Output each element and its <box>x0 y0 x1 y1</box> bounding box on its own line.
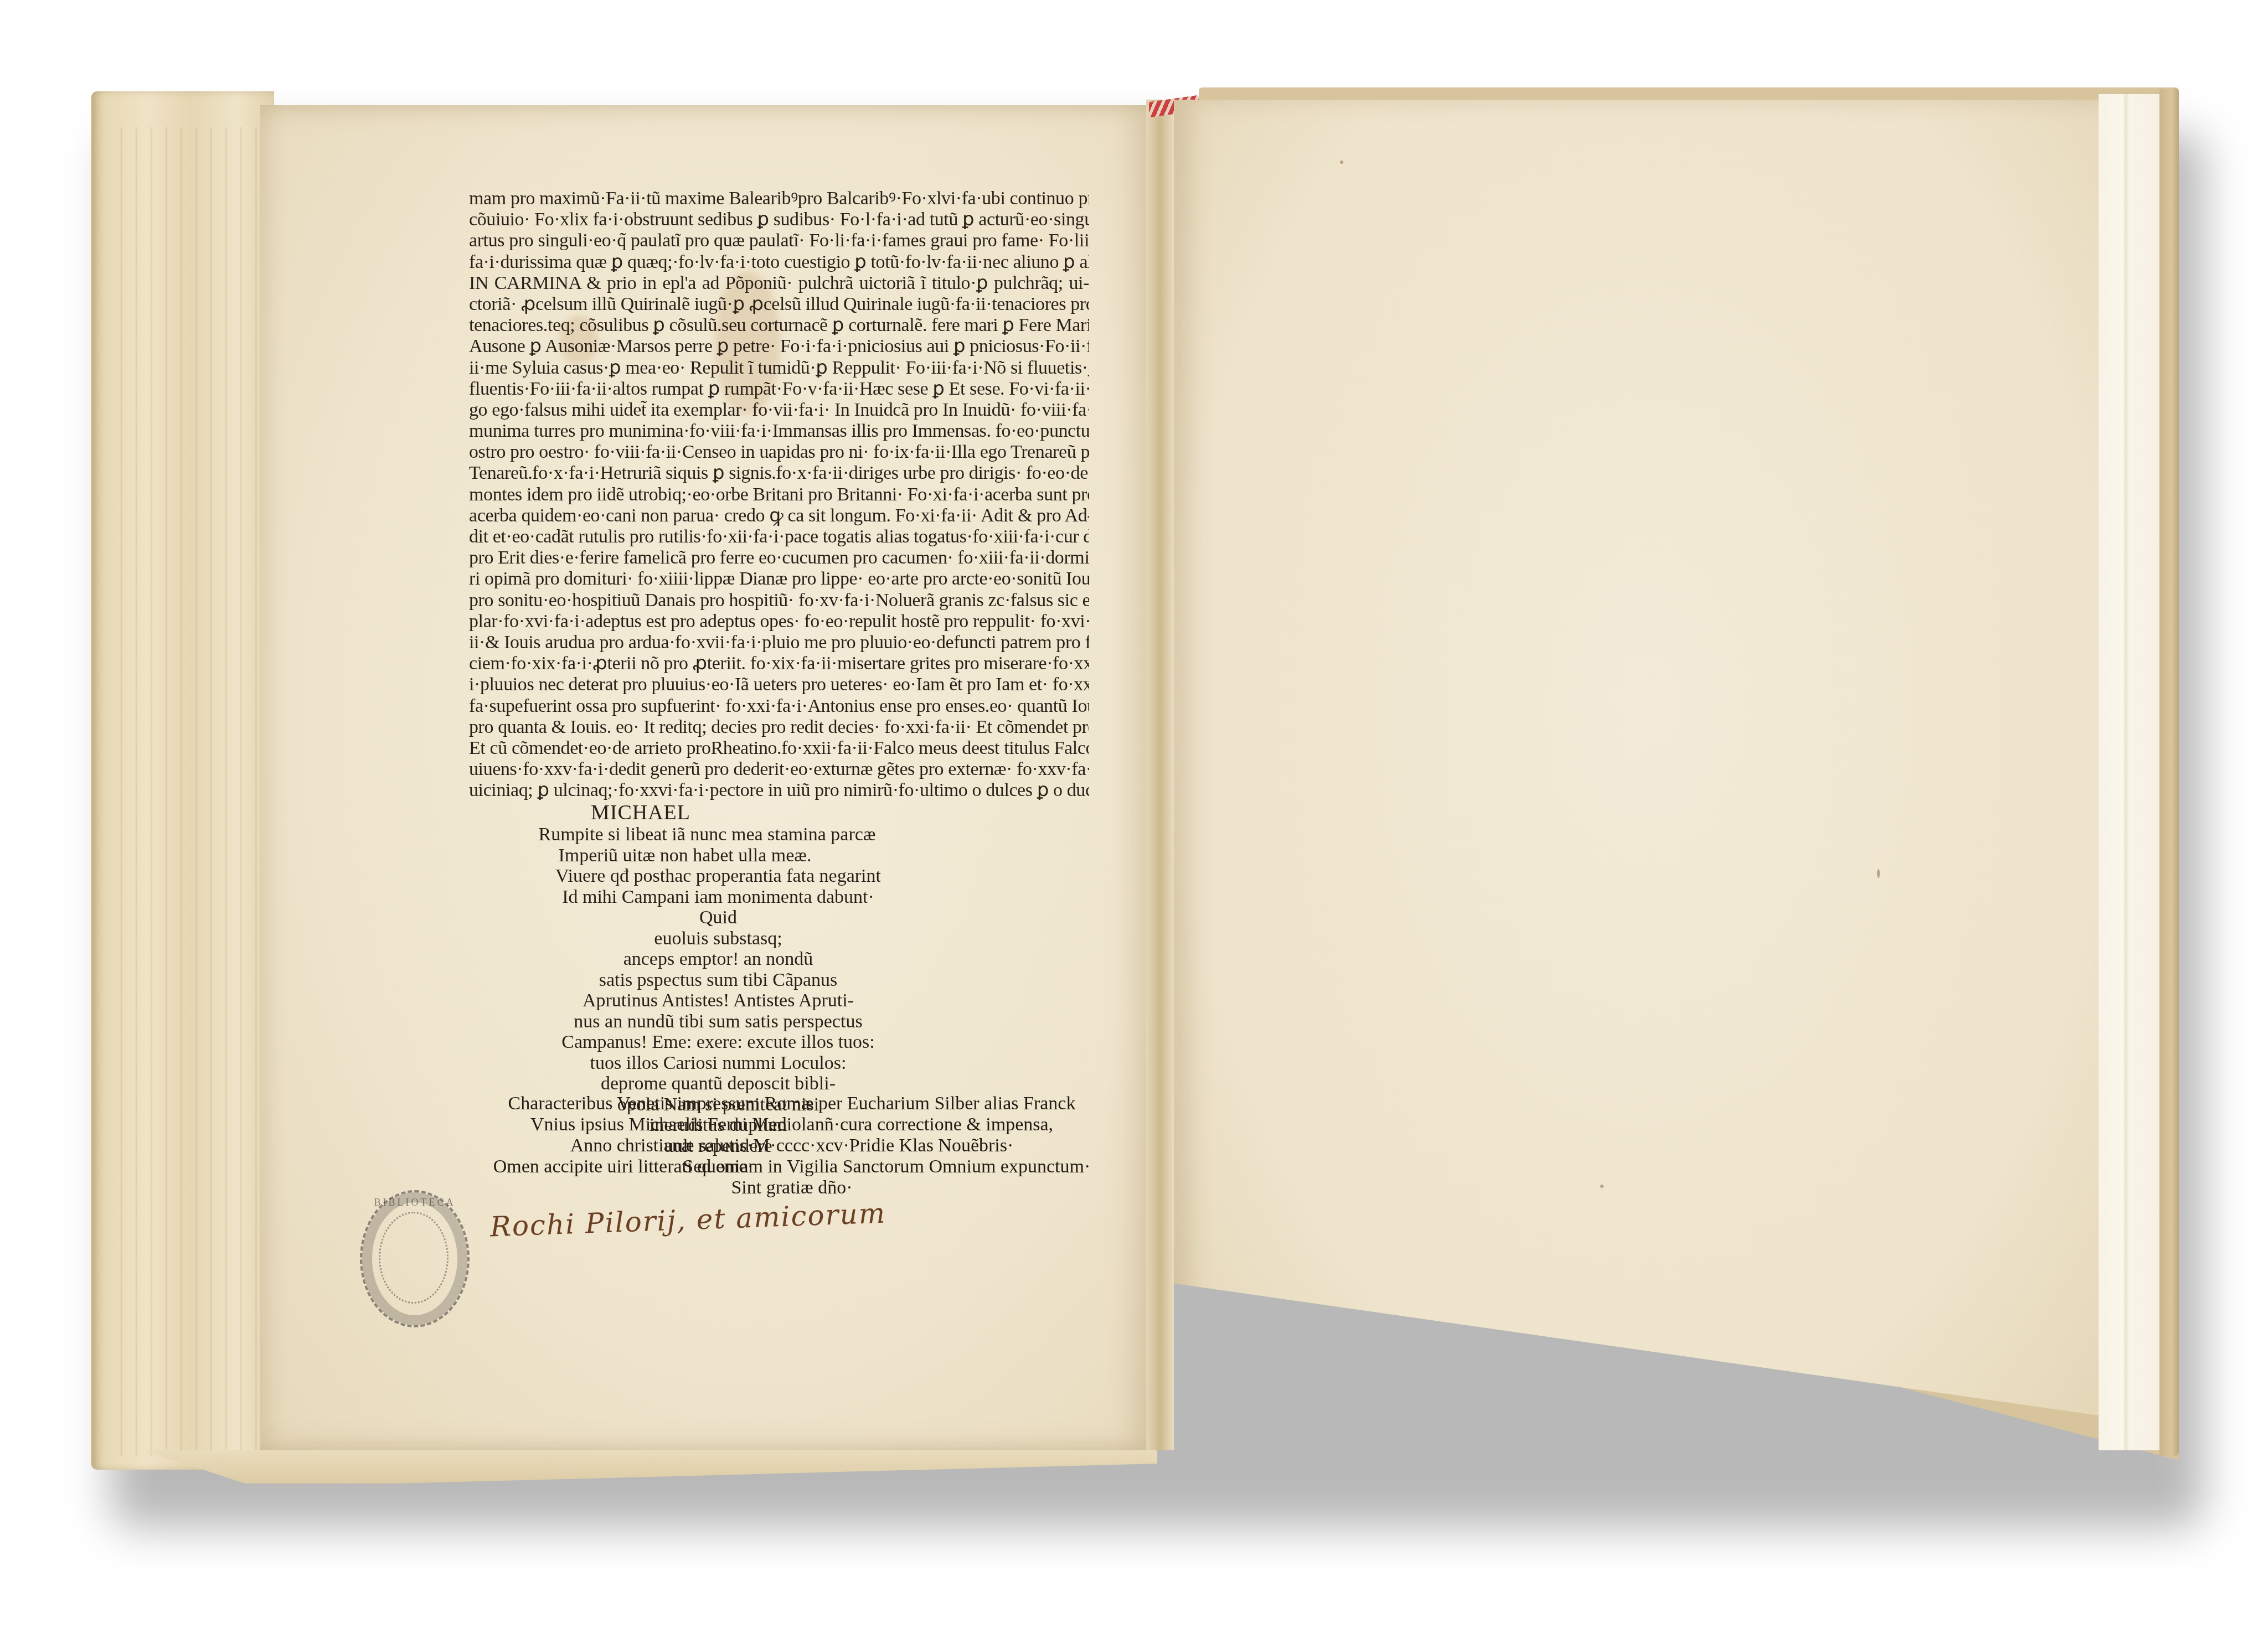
colophon-line: Anno christianæ salutis·M·cccc·xcv·Pridi… <box>482 1135 1102 1156</box>
errata-line: tenaciores.teq; cõsulibus ꝑ cõsulũ.seu c… <box>469 315 1089 336</box>
errata-line: ri opimã pro domituri· fo·xiiii·lippæ Di… <box>469 568 1089 590</box>
stamp-crest <box>379 1212 449 1304</box>
errata-line: munima turres pro munimina·fo·viii·fa·i·… <box>469 421 1089 442</box>
errata-line: ii·me Syluia casus·ꝑ mea·eo· Repulit ĩ t… <box>469 358 1089 379</box>
right-fore-edge-flyleaves <box>2099 94 2159 1450</box>
photograph-open-book: mam pro maximũ·Fa·ii·tũ maxime Balearibꝰ… <box>0 0 2268 1628</box>
errata-line: ii·& Iouis arudua pro ardua·fo·xvii·fa·i… <box>469 632 1089 653</box>
errata-line: montes idem pro iidẽ utrobiq;·eo·orbe Br… <box>469 484 1089 505</box>
errata-line: acerba quidem·eo·cani non parua· credo ꝙ… <box>469 505 1089 526</box>
library-stamp-icon: BIBLIOTECA <box>360 1190 470 1327</box>
gutter <box>1146 100 1174 1450</box>
verse-line: anceps emptor! an nondũ <box>469 949 967 970</box>
errata-line: cõuiuio· Fo·xlix fa·i·obstruunt sedibus … <box>469 209 1089 230</box>
errata-line: ciem·fo·xix·fa·i·ꝓterii nõ pro ꝓteriit. … <box>469 653 1089 674</box>
right-cover-edge <box>2159 89 2179 1456</box>
verse-line: Viuere qđ posthac properantia fata negar… <box>469 866 967 887</box>
errata-line: fa·i·durissima quæ ꝑ quæq;·fo·lv·fa·i·to… <box>469 252 1089 273</box>
speck <box>1877 869 1880 878</box>
verse-line: Quid <box>469 907 967 928</box>
verse-line: satis pspectus sum tibi Cãpanus <box>469 970 967 991</box>
errata-line: pro sonitu·eo·hospitiuũ Danais pro hospi… <box>469 590 1089 611</box>
errata-line: ctoriã· ꝓcelsum illũ Quirinalẽ iugũ·ꝑ ꝓc… <box>469 294 1089 315</box>
errata-line: mam pro maximũ·Fa·ii·tũ maxime Balearibꝰ… <box>469 188 1089 209</box>
errata-line: Tenareũ.fo·x·fa·i·Hetruriã siquis ꝑ sign… <box>469 463 1089 484</box>
verse-line: euoluis substasq; <box>469 928 967 949</box>
errata-line: ostro pro oestro· fo·viii·fa·ii·Censeo i… <box>469 442 1089 463</box>
colophon-line: Sint gratiæ dño· <box>482 1177 1102 1198</box>
right-page-blank <box>1174 100 2115 1445</box>
errata-line: fluentis·Fo·iii·fa·ii·altos rumpat ꝑ rum… <box>469 379 1089 400</box>
errata-line: uiuens·fo·xxv·fa·i·dedit generũ pro dede… <box>469 759 1089 780</box>
colophon-line: Omen accipite uiri litterati quoniam in … <box>482 1156 1102 1177</box>
speck <box>1600 1185 1604 1188</box>
page-edges-left <box>108 127 274 1456</box>
verse-line: nus an nundũ tibi sum satis perspectus <box>469 1011 967 1032</box>
errata-line: plar·fo·xvi·fa·i·adeptus est pro adeptus… <box>469 611 1089 632</box>
errata-line: Et cũ cõmendet·eo·de arrieto proRheatino… <box>469 738 1089 759</box>
errata-text-block: mam pro maximũ·Fa·ii·tũ maxime Balearibꝰ… <box>469 188 1089 1177</box>
errata-line: Ausone ꝑ Ausoniæ·Marsos perre ꝑ petre· F… <box>469 336 1089 357</box>
verse-line: Id mihi Campani iam monimenta dabunt· <box>469 887 967 908</box>
heading-michael: MICHAEL <box>331 801 951 824</box>
verse-line: Campanus! Eme: exere: excute illos tuos: <box>469 1032 967 1053</box>
speck <box>1340 161 1343 164</box>
verse-line: Aprutinus Antistes! Antistes Apruti- <box>469 990 967 1011</box>
verse-line: deprome quantũ deposcit bibli- <box>469 1073 967 1094</box>
errata-line: pro quanta & Iouis. eo· It reditq; decie… <box>469 717 1089 738</box>
errata-line: go ego·falsus mihi uidet̃ ita exemplar· … <box>469 400 1089 421</box>
errata-line: i·pluuios nec deterat pro pluuius·eo·Iã … <box>469 674 1089 695</box>
errata-line-in-carmina: IN CARMINA & prio in epl'a ad Põponiũ· p… <box>469 273 1089 294</box>
stamp-text: BIBLIOTECA <box>362 1197 467 1208</box>
errata-line: pro Erit dies·e·ferire famelicã pro ferr… <box>469 547 1089 568</box>
verse-line: tuos illos Cariosi nummi Loculos: <box>469 1053 967 1074</box>
colophon: Characteribus Venetis impressum Romæ per… <box>482 1093 1102 1198</box>
errata-line: dit et·eo·cadãt rutulis pro rutilis·fo·x… <box>469 526 1089 547</box>
colophon-line: Vnius ipsius Michaelis Ferni Mediolanñ·c… <box>482 1114 1102 1135</box>
errata-line: fa·supefuerint ossa pro supfuerint· fo·x… <box>469 696 1089 717</box>
errata-line: artus pro singuli·eo·q̃ paulatĩ pro quæ … <box>469 230 1089 251</box>
verse-line: Rumpite si libeat iã nunc mea stamina pa… <box>447 824 967 845</box>
errata-line: uiciniaq; ꝑ ulcinaq;·fo·xxvi·fa·i·pector… <box>469 780 1089 801</box>
colophon-line: Characteribus Venetis impressum Romæ per… <box>482 1093 1102 1114</box>
verse-line: Imperiũ uitæ non habet ulla meæ. <box>403 845 967 866</box>
